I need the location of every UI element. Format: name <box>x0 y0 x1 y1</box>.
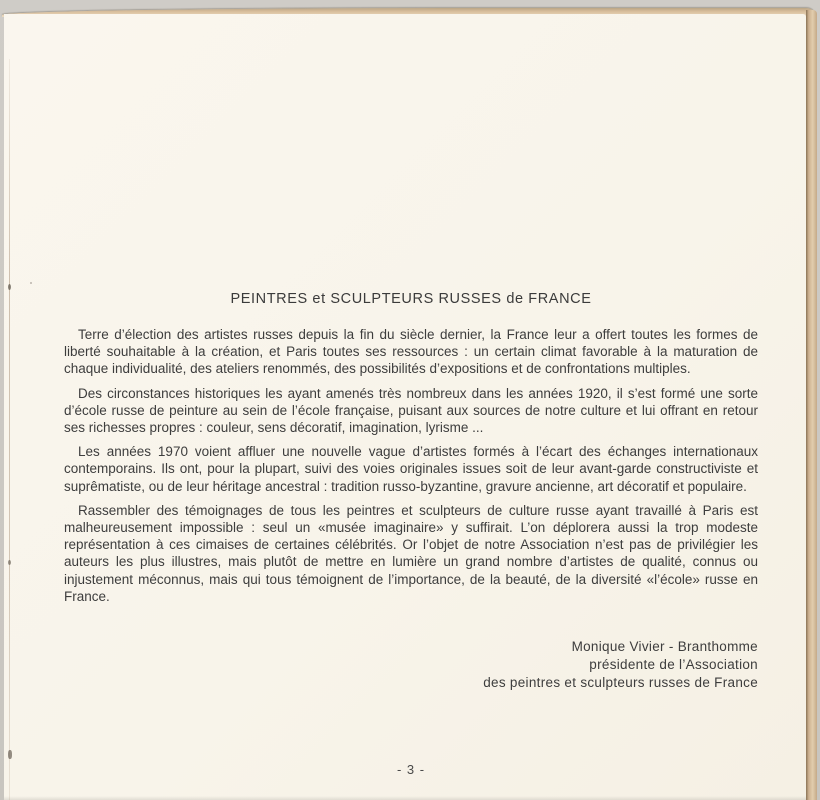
scan-speck <box>8 284 11 290</box>
page-number: - 3 - <box>64 762 758 777</box>
signature-block: Monique Vivier - Branthomme présidente d… <box>64 638 758 692</box>
paragraph-3: Les années 1970 voient affluer une nouve… <box>64 443 758 495</box>
body-text: Terre d’élection des artistes russes dep… <box>64 326 758 612</box>
paragraph-4: Rassembler des témoignages de tous les p… <box>64 502 758 605</box>
book-page: PEINTRES et SCULPTEURS RUSSES de FRANCE … <box>4 14 806 800</box>
scanner-background: PEINTRES et SCULPTEURS RUSSES de FRANCE … <box>0 0 820 800</box>
signature-organization: des peintres et sculpteurs russes de Fra… <box>64 674 758 692</box>
left-crease-line <box>9 59 10 800</box>
page-title: PEINTRES et SCULPTEURS RUSSES de FRANCE <box>64 291 758 307</box>
paragraph-2: Des circonstances historiques les ayant … <box>64 385 758 437</box>
paragraph-1: Terre d’élection des artistes russes dep… <box>64 326 758 378</box>
page-right-edge <box>806 10 817 800</box>
signature-name: Monique Vivier - Branthomme <box>64 638 758 656</box>
scan-speck <box>30 282 32 284</box>
signature-role: présidente de l’Association <box>64 656 758 674</box>
scan-speck <box>8 750 12 759</box>
scan-speck <box>8 560 11 565</box>
